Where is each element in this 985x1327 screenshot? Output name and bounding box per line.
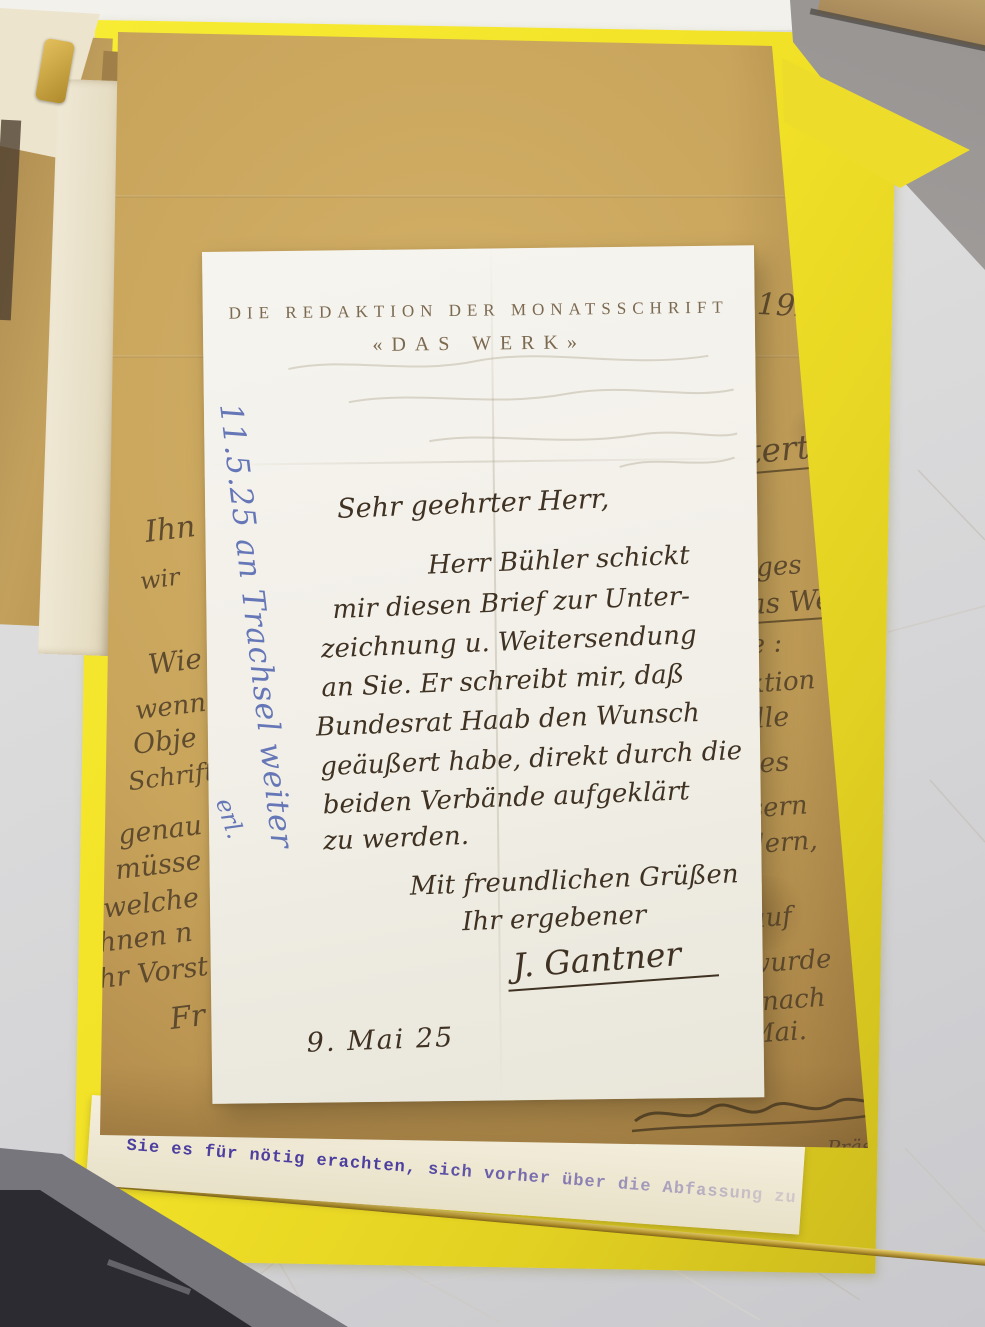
document-photo: Sie es für nötig erachten, sich vorher ü… [0,0,985,1327]
dark-table-edge-object [0,0,985,1327]
